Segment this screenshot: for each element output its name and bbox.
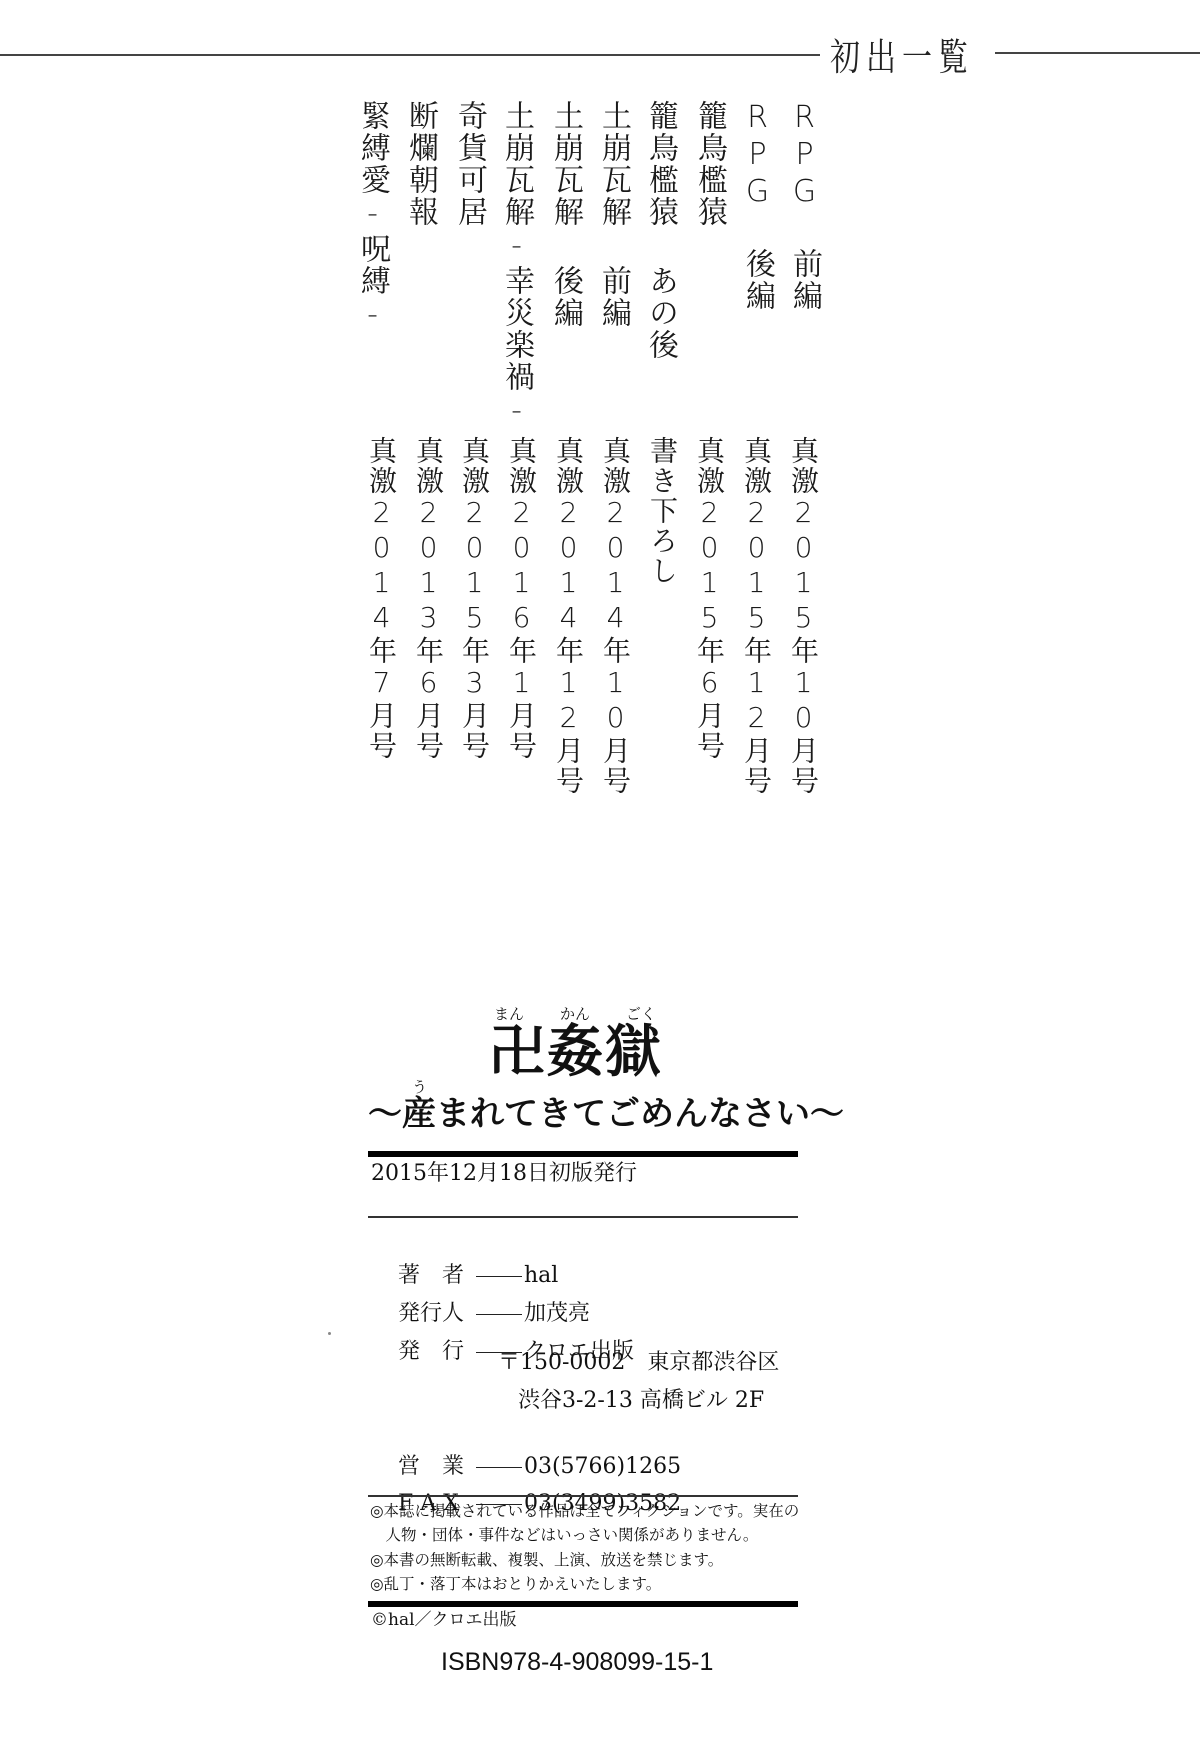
divider-thin <box>368 1495 798 1497</box>
divider-thick <box>368 1601 798 1607</box>
entry-source: 書き下ろし <box>645 436 679 586</box>
entry-source: 真激2014年12月号 <box>551 436 585 796</box>
notice-line: 人物・団体・事件などはいっさい関係がありません。 <box>370 1524 758 1546</box>
entry-title: 断爛朝報 <box>402 100 438 228</box>
notice-line: ◎本書の無断転載、複製、上演、放送を禁じます。 <box>370 1549 723 1571</box>
publisher-label: 発 行 <box>398 1338 476 1366</box>
entry-title: 奇貨可居 <box>451 100 487 228</box>
entry-source: 真激2015年3月号 <box>457 436 491 761</box>
book-subtitle: 〜産まれてきてごめんなさい〜 <box>368 1092 844 1136</box>
book-title: 卍姦獄 <box>489 1020 663 1084</box>
divider-thin <box>368 1216 798 1218</box>
entry-source: 真激2015年10月号 <box>786 436 820 796</box>
isbn: ISBN978-4-908099-15-1 <box>441 1646 713 1678</box>
divider-thick <box>368 1151 798 1157</box>
entry-source: 真激2015年6月号 <box>692 436 726 761</box>
entry-title: 土崩瓦解 前編 <box>595 100 631 329</box>
entry-source: 真激2015年12月号 <box>739 436 773 796</box>
header-rule-right <box>995 52 1200 54</box>
scan-speck <box>328 1332 331 1335</box>
entry-title: 籠鳥檻猿 あの後 <box>642 100 678 361</box>
copyright: ©hal／クロエ出版 <box>371 1608 517 1632</box>
header-rule-left <box>0 54 820 56</box>
entry-source: 真激2013年6月号 <box>411 436 445 761</box>
address-line-2: 渋谷3-2-13 高橋ビル 2F <box>518 1387 764 1415</box>
entry-source: 真激2014年7月号 <box>364 436 398 761</box>
entry-title: RPG 後編 <box>739 100 775 312</box>
entry-title: 籠鳥檻猿 <box>691 100 727 228</box>
notice-line: ◎乱丁・落丁本はおとりかえいたします。 <box>370 1573 661 1595</box>
address-line-1: 〒150-0002 東京都渋谷区 <box>498 1349 779 1377</box>
entry-source: 真激2014年10月号 <box>598 436 632 796</box>
page-title: 初出一覧 <box>830 30 990 88</box>
entry-title: 緊縛愛-呪縛- <box>354 100 390 334</box>
edition-date: 2015年12月18日初版発行 <box>371 1160 637 1188</box>
notice-line: ◎本誌に掲載されている作品は全てフィクションです。実在の <box>370 1500 799 1522</box>
entry-source: 真激2016年1月号 <box>504 436 538 761</box>
entry-title: 土崩瓦解 後編 <box>547 100 583 329</box>
entry-title: RPG 前編 <box>786 100 822 312</box>
entry-title: 土崩瓦解-幸災楽禍- <box>498 100 534 430</box>
